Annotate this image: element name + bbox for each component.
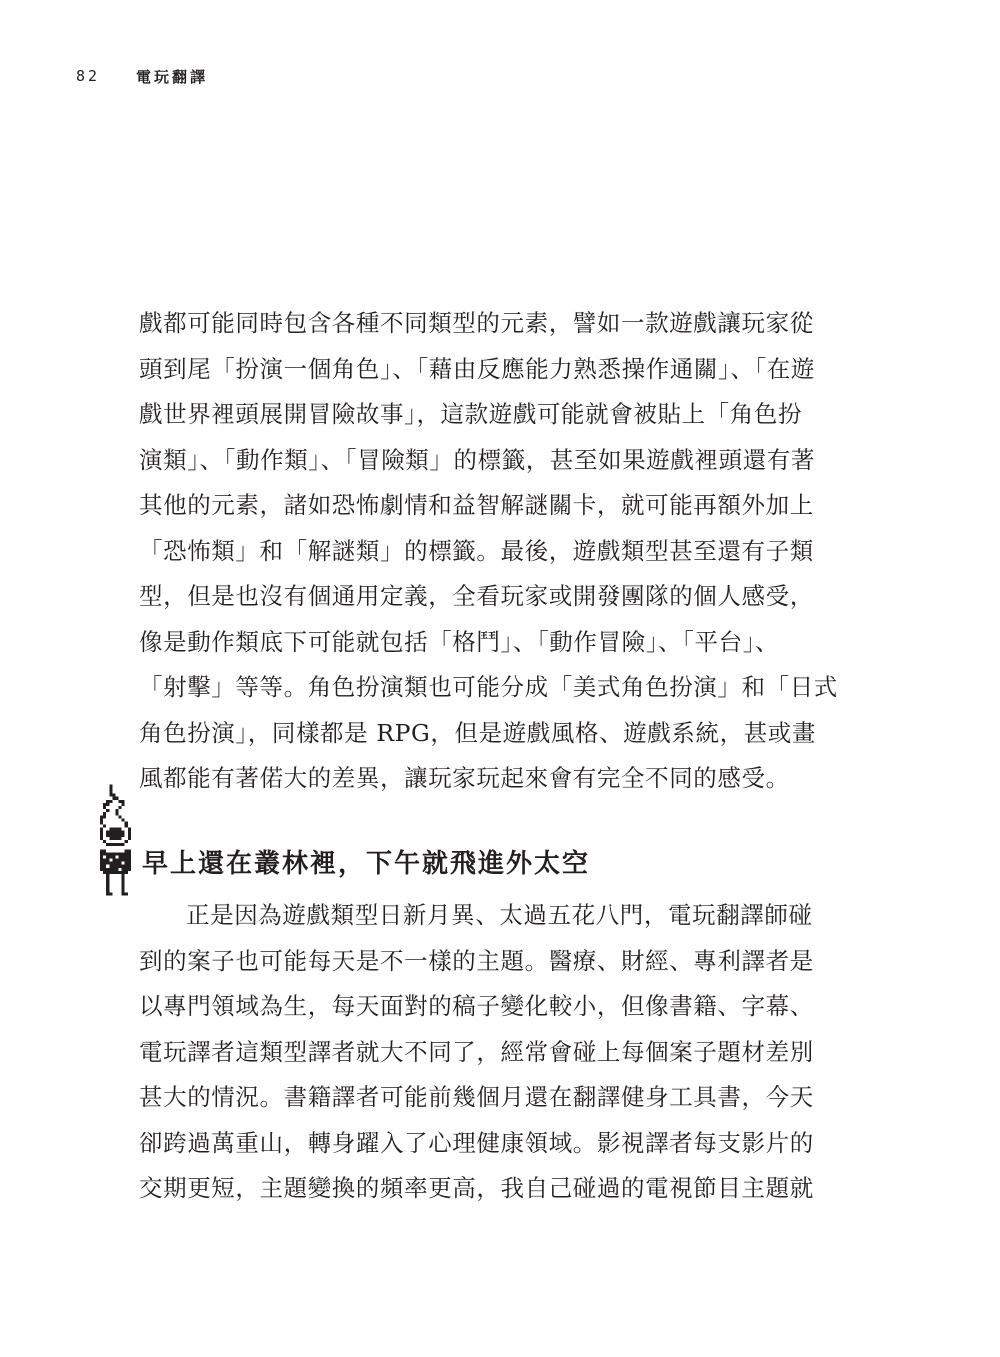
text-line: 電玩譯者這類型譯者就大不同了，經常會碰上每個案子題材差別 — [139, 1030, 839, 1076]
text-line: 戲世界裡頭展開冒險故事」，這款遊戲可能就會被貼上「角色扮 — [139, 392, 839, 438]
text-line: 卻跨過萬重山，轉身躍入了心理健康領域。影視譯者每支影片的 — [139, 1121, 839, 1167]
text-line: 戲都可能同時包含各種不同類型的元素，譬如一款遊戲讓玩家從 — [139, 301, 839, 347]
paragraph-translator-topics: 正是因為遊戲類型日新月異、太過五花八門，電玩翻譯師碰 到的案子也可能每天是不一樣… — [139, 893, 839, 1212]
pixel-flame-character-icon — [100, 784, 134, 896]
text-line: 其他的元素，諸如恐怖劇情和益智解謎關卡，就可能再額外加上 — [139, 483, 839, 529]
text-line: 角色扮演」，同樣都是 RPG，但是遊戲風格、遊戲系統，甚或畫 — [139, 711, 839, 757]
text-line: 頭到尾「扮演一個角色」、「藉由反應能力熟悉操作通關」、「在遊 — [139, 347, 839, 393]
text-line: 型，但是也沒有個通用定義，全看玩家或開發團隊的個人感受， — [139, 574, 839, 620]
text-line: 以專門領域為生，每天面對的稿子變化較小，但像書籍、字幕、 — [139, 984, 839, 1030]
text-line: 甚大的情況。書籍譯者可能前幾個月還在翻譯健身工具書，今天 — [139, 1075, 839, 1121]
text-line: 像是動作類底下可能就包括「格鬥」、「動作冒險」、「平台」、 — [139, 620, 839, 666]
text-line: 「射擊」等等。角色扮演類也可能分成「美式角色扮演」和「日式 — [139, 665, 839, 711]
running-header: 82 電玩翻譯 — [76, 64, 208, 88]
text-line: 「恐怖類」和「解謎類」的標籤。最後，遊戲類型甚至還有子類 — [139, 529, 839, 575]
section-heading: 早上還在叢林裡，下午就飛進外太空 — [142, 843, 590, 880]
text-line: 風都能有著偌大的差異，讓玩家玩起來會有完全不同的感受。 — [139, 756, 839, 802]
page-number: 82 — [76, 67, 136, 85]
book-title: 電玩翻譯 — [136, 66, 208, 87]
text-line: 正是因為遊戲類型日新月異、太過五花八門，電玩翻譯師碰 — [139, 893, 839, 939]
paragraph-genre-elements: 戲都可能同時包含各種不同類型的元素，譬如一款遊戲讓玩家從 頭到尾「扮演一個角色」… — [139, 301, 839, 802]
section-heading-ornament — [100, 784, 134, 896]
text-line: 到的案子也可能每天是不一樣的主題。醫療、財經、專利譯者是 — [139, 939, 839, 985]
text-line: 交期更短，主題變換的頻率更高，我自己碰過的電視節目主題就 — [139, 1166, 839, 1212]
text-line: 演類」、「動作類」、「冒險類」的標籤，甚至如果遊戲裡頭還有著 — [139, 438, 839, 484]
